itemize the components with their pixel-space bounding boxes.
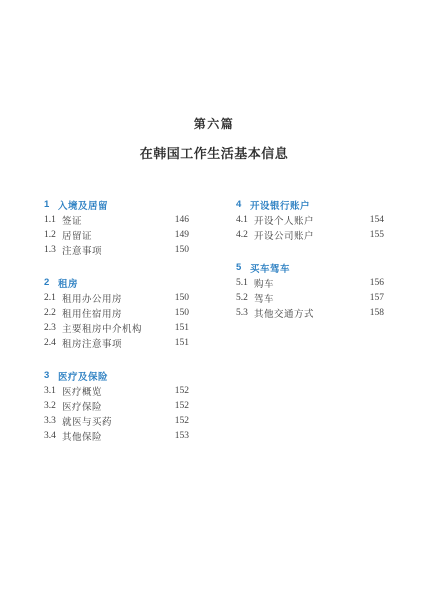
toc-item-number: 3.2 xyxy=(44,401,62,411)
toc-section-number: 1 xyxy=(44,199,58,210)
toc-item-label: 居留证 xyxy=(62,228,175,242)
toc-column-right: 4 开设银行账户 4.1 开设个人账户 154 4.2 开设公司账户 155 5… xyxy=(236,197,384,320)
toc-item-label: 开设公司账户 xyxy=(254,228,370,242)
toc-item-label: 医疗保险 xyxy=(62,399,175,413)
toc-item-label: 其他保险 xyxy=(62,429,175,443)
toc-item-label: 开设个人账户 xyxy=(254,213,370,227)
toc-item-number: 4.1 xyxy=(236,215,254,225)
toc-section-header: 1 入境及居留 xyxy=(44,197,189,212)
document-page: 第六篇 在韩国工作生活基本信息 1 入境及居留 1.1 签证 146 1.2 居… xyxy=(0,0,428,600)
toc-section-5: 5 买车驾车 5.1 购车 156 5.2 驾车 157 5.3 其他交通方式 … xyxy=(236,260,384,320)
toc-item[interactable]: 1.1 签证 146 xyxy=(44,212,189,227)
toc-section-header: 5 买车驾车 xyxy=(236,260,384,275)
toc-item-label: 就医与买药 xyxy=(62,414,175,428)
toc-item-number: 5.2 xyxy=(236,293,254,303)
toc-item-number: 3.3 xyxy=(44,416,62,426)
toc-item[interactable]: 1.2 居留证 149 xyxy=(44,227,189,242)
toc-item[interactable]: 3.3 就医与买药 152 xyxy=(44,413,189,428)
toc-item-label: 租用住宿用房 xyxy=(62,306,175,320)
toc-item-page: 152 xyxy=(175,386,189,396)
toc-item[interactable]: 4.2 开设公司账户 155 xyxy=(236,227,384,242)
toc-section-header: 3 医疗及保险 xyxy=(44,368,189,383)
toc-item-number: 1.1 xyxy=(44,215,62,225)
toc-section-number: 2 xyxy=(44,277,58,288)
toc-item[interactable]: 5.3 其他交通方式 158 xyxy=(236,305,384,320)
toc-item-page: 150 xyxy=(175,293,189,303)
toc-section-title: 入境及居留 xyxy=(58,198,108,212)
toc-section-1: 1 入境及居留 1.1 签证 146 1.2 居留证 149 1.3 注意事项 … xyxy=(44,197,189,257)
toc-item-label: 注意事项 xyxy=(62,243,175,257)
toc-section-title: 开设银行账户 xyxy=(250,198,310,212)
toc-section-header: 4 开设银行账户 xyxy=(236,197,384,212)
toc-item-page: 150 xyxy=(175,308,189,318)
toc-item-page: 149 xyxy=(175,230,189,240)
toc-section-4: 4 开设银行账户 4.1 开设个人账户 154 4.2 开设公司账户 155 xyxy=(236,197,384,242)
toc-item-page: 146 xyxy=(175,215,189,225)
toc-item-number: 3.4 xyxy=(44,431,62,441)
toc-item-label: 租用办公用房 xyxy=(62,291,175,305)
toc-item-page: 154 xyxy=(370,215,384,225)
toc-item[interactable]: 5.2 驾车 157 xyxy=(236,290,384,305)
toc-item-number: 5.3 xyxy=(236,308,254,318)
toc-item-label: 其他交通方式 xyxy=(254,306,370,320)
toc-item[interactable]: 3.1 医疗概览 152 xyxy=(44,383,189,398)
toc-item[interactable]: 3.4 其他保险 153 xyxy=(44,428,189,443)
toc-item-page: 153 xyxy=(175,431,189,441)
toc-item[interactable]: 4.1 开设个人账户 154 xyxy=(236,212,384,227)
toc-item-page: 151 xyxy=(175,323,189,333)
toc-item-label: 驾车 xyxy=(254,291,370,305)
toc-item-page: 156 xyxy=(370,278,384,288)
toc-item[interactable]: 2.1 租用办公用房 150 xyxy=(44,290,189,305)
toc-section-title: 医疗及保险 xyxy=(58,369,108,383)
toc-item[interactable]: 2.2 租用住宿用房 150 xyxy=(44,305,189,320)
toc-item-number: 2.3 xyxy=(44,323,62,333)
toc-item-page: 150 xyxy=(175,245,189,255)
toc-item-number: 4.2 xyxy=(236,230,254,240)
toc-item-label: 签证 xyxy=(62,213,175,227)
toc-section-title: 租房 xyxy=(58,276,78,290)
toc-section-number: 5 xyxy=(236,262,250,273)
toc-item-number: 3.1 xyxy=(44,386,62,396)
toc-item-label: 租房注意事项 xyxy=(62,336,175,350)
toc-item-number: 2.4 xyxy=(44,338,62,348)
toc-item[interactable]: 3.2 医疗保险 152 xyxy=(44,398,189,413)
part-number-heading: 第六篇 xyxy=(0,115,428,132)
toc-item[interactable]: 5.1 购车 156 xyxy=(236,275,384,290)
toc-item[interactable]: 1.3 注意事项 150 xyxy=(44,242,189,257)
toc-section-3: 3 医疗及保险 3.1 医疗概览 152 3.2 医疗保险 152 3.3 就医… xyxy=(44,368,189,443)
toc-item-page: 152 xyxy=(175,401,189,411)
toc-item-page: 152 xyxy=(175,416,189,426)
toc-item-number: 2.2 xyxy=(44,308,62,318)
toc-item-label: 购车 xyxy=(254,276,370,290)
toc-section-number: 3 xyxy=(44,370,58,381)
toc-section-header: 2 租房 xyxy=(44,275,189,290)
toc-column-left: 1 入境及居留 1.1 签证 146 1.2 居留证 149 1.3 注意事项 … xyxy=(44,197,189,443)
toc-section-2: 2 租房 2.1 租用办公用房 150 2.2 租用住宿用房 150 2.3 主… xyxy=(44,275,189,350)
toc-item[interactable]: 2.3 主要租房中介机构 151 xyxy=(44,320,189,335)
toc-item-label: 主要租房中介机构 xyxy=(62,321,175,335)
toc-item-page: 155 xyxy=(370,230,384,240)
toc-item-page: 158 xyxy=(370,308,384,318)
document-title: 在韩国工作生活基本信息 xyxy=(0,143,428,162)
toc-section-number: 4 xyxy=(236,199,250,210)
toc-section-title: 买车驾车 xyxy=(250,261,290,275)
toc-item-number: 5.1 xyxy=(236,278,254,288)
toc-item-number: 2.1 xyxy=(44,293,62,303)
toc-item[interactable]: 2.4 租房注意事项 151 xyxy=(44,335,189,350)
toc-item-label: 医疗概览 xyxy=(62,384,175,398)
toc-item-page: 157 xyxy=(370,293,384,303)
toc-item-number: 1.2 xyxy=(44,230,62,240)
toc-item-number: 1.3 xyxy=(44,245,62,255)
toc-item-page: 151 xyxy=(175,338,189,348)
